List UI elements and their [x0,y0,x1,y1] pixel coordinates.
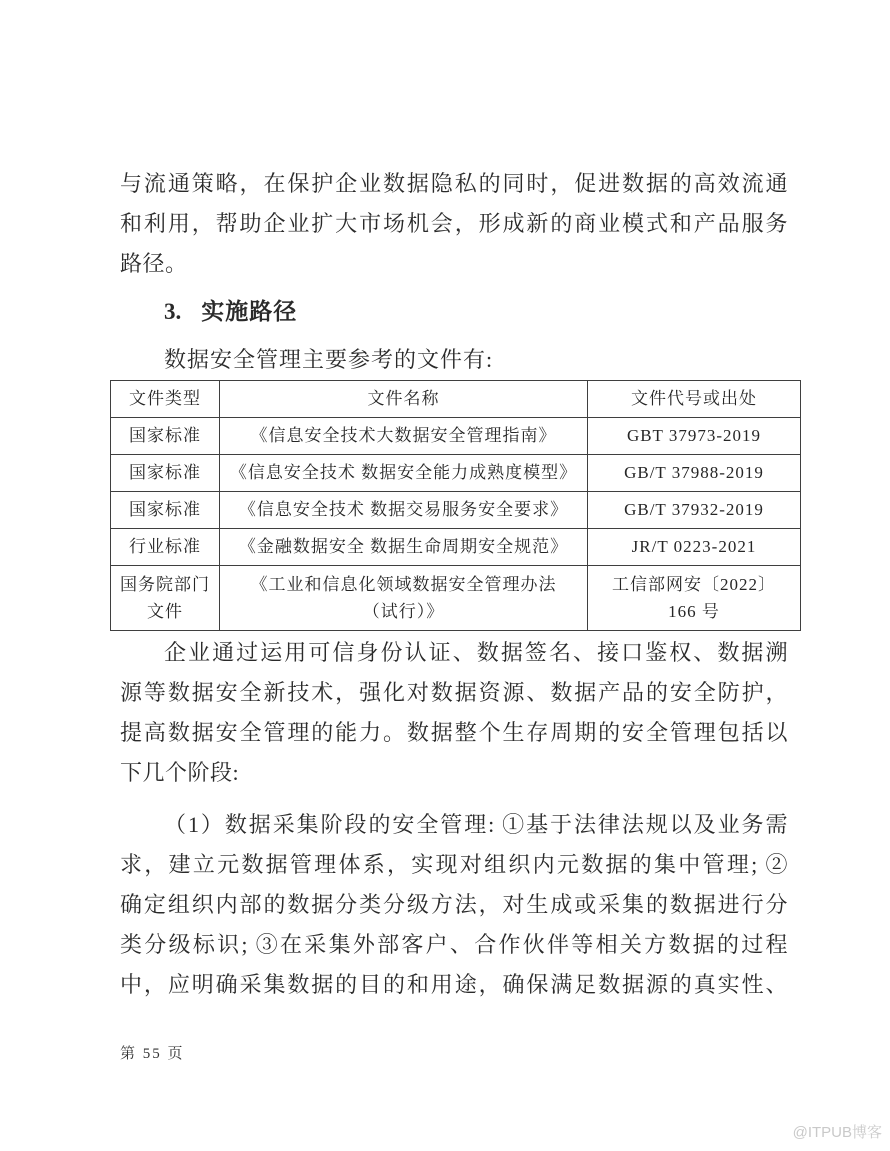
table-lead-text: 数据安全管理主要参考的文件有: [120,340,788,380]
table-row: 行业标准 《金融数据安全 数据生命周期安全规范》 JR/T 0223-2021 [111,529,801,566]
paragraph-line: 求，建立元数据管理体系，实现对组织内元数据的集中管理; ② [120,845,788,885]
paragraph-line: 企业通过运用可信身份认证、数据签名、接口鉴权、数据溯 [120,633,788,673]
table-row: 国家标准 《信息安全技术大数据安全管理指南》 GBT 37973-2019 [111,418,801,455]
paragraph-line: 确定组织内部的数据分类分级方法，对生成或采集的数据进行分 [120,885,788,925]
page-number: 第 55 页 [120,1042,185,1066]
section-heading-number: 3. [164,299,181,324]
section-heading-title: 实施路径 [201,299,297,324]
table-row: 国家标准 《信息安全技术 数据安全能力成熟度模型》 GB/T 37988-201… [111,455,801,492]
table-cell-code: GBT 37973-2019 [588,418,801,455]
table-header-cell: 文件名称 [220,381,588,418]
table-header-row: 文件类型 文件名称 文件代号或出处 [111,381,801,418]
table-cell-code: 工信部网安〔2022〕166 号 [588,566,801,631]
table-cell-code: GB/T 37988-2019 [588,455,801,492]
paragraph-line: 与流通策略，在保护企业数据隐私的同时，促进数据的高效流通 [120,164,788,204]
paragraph-line: 中，应明确采集数据的目的和用途，确保满足数据源的真实性、 [120,965,788,1005]
table-cell-code: JR/T 0223-2021 [588,529,801,566]
table-header-cell: 文件代号或出处 [588,381,801,418]
table-cell-code: GB/T 37932-2019 [588,492,801,529]
paragraph-security: 企业通过运用可信身份认证、数据签名、接口鉴权、数据溯 源等数据安全新技术，强化对… [120,633,788,793]
table-cell-type: 国家标准 [111,455,220,492]
reference-table: 文件类型 文件名称 文件代号或出处 国家标准 《信息安全技术大数据安全管理指南》… [110,380,801,631]
paragraph-line: 路径。 [120,244,788,284]
table-header-cell: 文件类型 [111,381,220,418]
paragraph-line: （1）数据采集阶段的安全管理: ①基于法律法规以及业务需 [120,805,788,845]
table-cell-type: 国家标准 [111,492,220,529]
table-cell-name: 《金融数据安全 数据生命周期安全规范》 [220,529,588,566]
table-row: 国家标准 《信息安全技术 数据交易服务安全要求》 GB/T 37932-2019 [111,492,801,529]
paragraph-line: 源等数据安全新技术，强化对数据资源、数据产品的安全防护， [120,673,788,713]
table-cell-type: 国家标准 [111,418,220,455]
section-heading: 3.实施路径 [120,292,832,332]
table-cell-type: 行业标准 [111,529,220,566]
table-cell-name: 《信息安全技术大数据安全管理指南》 [220,418,588,455]
paragraph-top: 与流通策略，在保护企业数据隐私的同时，促进数据的高效流通 和利用，帮助企业扩大市… [120,164,788,284]
paragraph-line: 类分级标识; ③在采集外部客户、合作伙伴等相关方数据的过程 [120,925,788,965]
paragraph-collection: （1）数据采集阶段的安全管理: ①基于法律法规以及业务需 求，建立元数据管理体系… [120,805,788,1005]
paragraph-line: 提高数据安全管理的能力。数据整个生存周期的安全管理包括以 [120,713,788,753]
table-row: 国务院部门文件 《工业和信息化领域数据安全管理办法（试行）》 工信部网安〔202… [111,566,801,631]
table-cell-type: 国务院部门文件 [111,566,220,631]
paragraph-line: 和利用，帮助企业扩大市场机会，形成新的商业模式和产品服务 [120,204,788,244]
watermark: @ITPUB博客 [793,1122,882,1144]
table-cell-name: 《信息安全技术 数据安全能力成熟度模型》 [220,455,588,492]
table-cell-name: 《信息安全技术 数据交易服务安全要求》 [220,492,588,529]
table-cell-name: 《工业和信息化领域数据安全管理办法（试行）》 [220,566,588,631]
document-page: { "page": { "footer_text": "第 55 页", "wa… [0,0,890,1151]
paragraph-line: 下几个阶段: [120,753,788,793]
